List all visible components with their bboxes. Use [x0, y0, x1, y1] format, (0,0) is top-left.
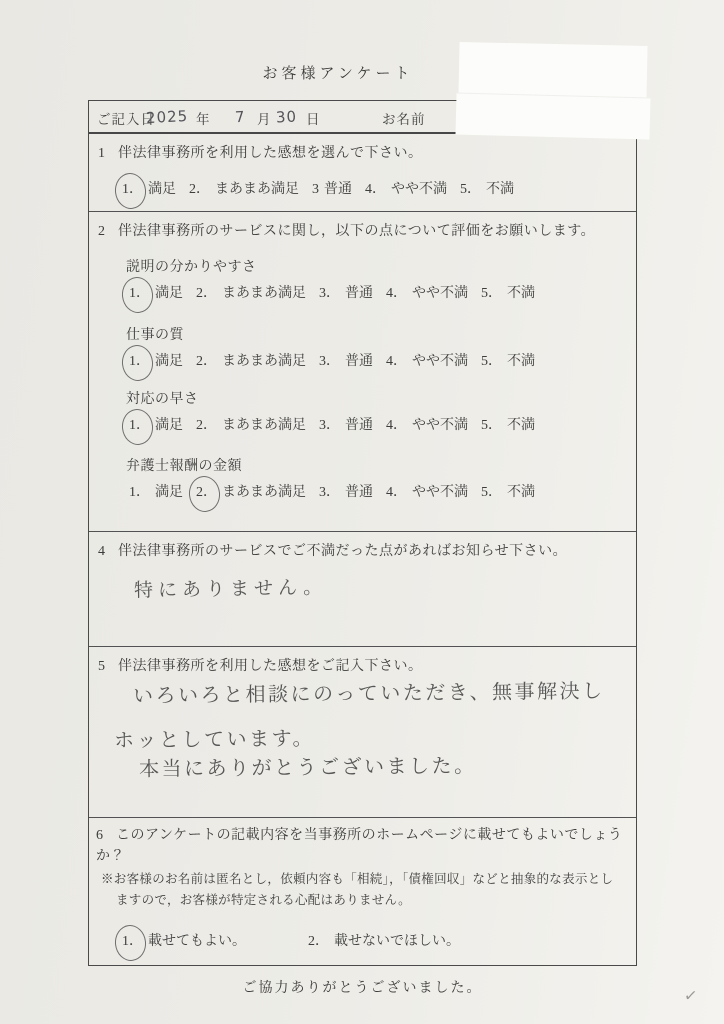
subquestion-options-row: 1．満足2．まあまあ満足3．普通4．やや不満5．不満: [129, 350, 548, 370]
answer-option: 2．載せないでほしい。: [308, 934, 460, 949]
option-label: やや不満: [391, 182, 447, 197]
answer-option: 3．普通: [319, 485, 373, 500]
answer-option: 5．不満: [481, 354, 535, 369]
option-number: 3．: [319, 414, 340, 434]
option-label: 満足: [155, 485, 183, 500]
option-label: まあまあ満足: [215, 182, 299, 197]
option-number: 5．: [481, 282, 502, 302]
question-number: 4: [98, 544, 118, 560]
subquestion-options-row: 1．満足2．まあまあ満足3．普通4．やや不満5．不満: [129, 414, 548, 434]
answer-option: 3．普通: [319, 286, 373, 301]
answer-option: 1．満足: [129, 286, 183, 301]
subquestion-options-row: 1．満足2．まあまあ満足3．普通4．やや不満5．不満: [129, 481, 548, 501]
answer-option: 4．やや不満: [386, 286, 468, 301]
answer-option: 1．満足: [129, 418, 183, 433]
option-number: 1．: [129, 481, 150, 501]
answer-option: 5．不満: [481, 418, 535, 433]
handwritten-month-value: 7: [235, 108, 246, 127]
option-label: 載せてもよい。: [148, 934, 246, 949]
option-label: 満足: [155, 286, 183, 301]
option-label: 普通: [324, 182, 352, 197]
selected-option-circle: 1．: [122, 930, 143, 950]
option-label: 不満: [507, 286, 535, 301]
answer-option: 4．やや不満: [386, 418, 468, 433]
option-label: 普通: [345, 354, 373, 369]
option-label: やや不満: [412, 354, 468, 369]
option-number: 5．: [460, 178, 481, 198]
subquestion-work-quality: 仕事の質 1．満足2．まあまあ満足3．普通4．やや不満5．不満: [126, 324, 548, 370]
question-5-section: 5伴法律事務所を利用した感想をご記入下さい。 いろいろと相談にのっていただき、無…: [89, 646, 636, 817]
question-4-line: 4伴法律事務所のサービスでご不満だった点があればお知らせ下さい。: [98, 540, 567, 560]
option-number: 3．: [319, 481, 340, 501]
option-number: 5．: [481, 481, 502, 501]
anonymity-note-line: ※お客様のお名前は匿名とし，依頼内容も「相続」，「債権回収」などと抽象的な表示と…: [101, 869, 613, 887]
month-unit-label: 月: [257, 108, 272, 128]
answer-option: 5．不満: [481, 286, 535, 301]
answer-option: 5．不満: [481, 485, 535, 500]
anonymity-note-line: ますので，お客様が特定される心配はありません。: [116, 890, 411, 908]
scanned-survey-page: お客様アンケート ご記入日 2025 年 7 月 30 日 お名前 1伴法律事務…: [0, 0, 724, 1024]
question-4-section: 4伴法律事務所のサービスでご不満だった点があればお知らせ下さい。 特にありません…: [89, 531, 636, 646]
subquestion-attorney-fee: 弁護士報酬の金額 1．満足2．まあまあ満足3．普通4．やや不満5．不満: [126, 455, 548, 501]
subquestion-label: 仕事の質: [126, 324, 548, 344]
question-number: 5: [98, 659, 118, 675]
year-unit-label: 年: [196, 108, 211, 128]
handwritten-answer: 特にありません。: [134, 572, 328, 602]
answer-option: 1．満足: [122, 182, 176, 197]
answer-option: 3．普通: [319, 418, 373, 433]
question-1-section: 1伴法律事務所を利用した感想を選んで下さい。 1．満足2．まあまあ満足3普通4．…: [89, 132, 636, 211]
answer-option: 1．載せてもよい。: [122, 934, 246, 949]
question-text: 伴法律事務所のサービスでご不満だった点があればお知らせ下さい。: [118, 544, 567, 559]
option-label: 満足: [155, 418, 183, 433]
selected-option-circle: 2．: [196, 481, 217, 501]
name-label: お名前: [382, 108, 426, 128]
answer-option: 5．不満: [460, 182, 514, 197]
option-number: 3: [312, 182, 319, 198]
question-number: 2: [98, 224, 118, 240]
option-label: 普通: [345, 286, 373, 301]
answer-option: 4．やや不満: [386, 485, 468, 500]
answer-option: 2．まあまあ満足: [189, 182, 299, 197]
question-2-section: 2伴法律事務所のサービスに関し，以下の点について評価をお願いします。 説明の分か…: [89, 211, 636, 531]
option-number: 2．: [196, 350, 217, 370]
option-number: 4．: [365, 178, 386, 198]
option-number: 5．: [481, 414, 502, 434]
question-number: 6: [96, 825, 116, 846]
day-unit-label: 日: [306, 108, 321, 128]
answer-option: 4．やや不満: [386, 354, 468, 369]
answer-option: 2．まあまあ満足: [196, 286, 306, 301]
answer-option: 3普通: [312, 182, 352, 197]
subquestion-options-row: 1．満足2．まあまあ満足3．普通4．やや不満5．不満: [129, 282, 548, 302]
option-label: まあまあ満足: [222, 418, 306, 433]
option-number: 4．: [386, 282, 407, 302]
option-label: 不満: [507, 418, 535, 433]
footer-thanks-text: ご協力ありがとうございました。: [88, 977, 637, 997]
question-text: 伴法律事務所を利用した感想をご記入下さい。: [118, 659, 423, 674]
option-number: 3．: [319, 350, 340, 370]
subquestion-label: 対応の早さ: [126, 388, 548, 408]
redaction-overlay-name: [455, 92, 650, 139]
option-label: 不満: [507, 354, 535, 369]
selected-option-circle: 1．: [122, 178, 143, 198]
option-label: 載せないでほしい。: [334, 934, 460, 949]
option-number: 2．: [308, 930, 329, 950]
selected-option-circle: 1．: [129, 414, 150, 434]
option-number: 3．: [319, 282, 340, 302]
option-label: まあまあ満足: [222, 354, 306, 369]
answer-option: 3．普通: [319, 354, 373, 369]
option-label: まあまあ満足: [222, 485, 306, 500]
option-label: 満足: [155, 354, 183, 369]
option-label: 普通: [345, 485, 373, 500]
survey-form-table: ご記入日 2025 年 7 月 30 日 お名前 1伴法律事務所を利用した感想を…: [88, 100, 637, 966]
subquestion-label: 弁護士報酬の金額: [126, 455, 548, 475]
question-1-line: 1伴法律事務所を利用した感想を選んで下さい。: [98, 142, 423, 162]
option-number: 5．: [481, 350, 502, 370]
handwritten-answer-line: ホッとしています。: [114, 722, 315, 753]
option-number: 2．: [196, 282, 217, 302]
question-6-options-row: 1．載せてもよい。2．載せないでほしい。: [122, 930, 522, 950]
question-6-line: 6このアンケートの記載内容を当事務所のホームページに載せてもよいでしょうか？: [96, 825, 633, 867]
subquestion-label: 説明の分かりやすさ: [126, 256, 548, 276]
option-number: 4．: [386, 350, 407, 370]
option-number: 4．: [386, 481, 407, 501]
selected-option-circle: 1．: [129, 282, 150, 302]
handwritten-day-value: 30: [276, 107, 298, 126]
answer-option: 2．まあまあ満足: [196, 485, 306, 500]
handwritten-answer-line: 本当にありがとうございました。: [139, 749, 477, 782]
question-6-section: 6このアンケートの記載内容を当事務所のホームページに載せてもよいでしょうか？ ※…: [89, 817, 636, 965]
question-text: 伴法律事務所を利用した感想を選んで下さい。: [118, 146, 423, 161]
subquestion-explanation-clarity: 説明の分かりやすさ 1．満足2．まあまあ満足3．普通4．やや不満5．不満: [126, 256, 548, 302]
handwritten-answer-line: いろいろと相談にのっていただき、無事解決し: [133, 675, 605, 709]
handwritten-year-value: 2025: [146, 107, 189, 127]
option-label: 不満: [486, 182, 514, 197]
option-label: 普通: [345, 418, 373, 433]
option-number: 2．: [189, 178, 210, 198]
option-label: やや不満: [412, 286, 468, 301]
question-text: このアンケートの記載内容を当事務所のホームページに載せてもよいでしょうか？: [96, 828, 622, 864]
option-label: やや不満: [412, 418, 468, 433]
option-label: やや不満: [412, 485, 468, 500]
option-label: まあまあ満足: [222, 286, 306, 301]
option-number: 4．: [386, 414, 407, 434]
option-number: 2．: [196, 414, 217, 434]
handwritten-checkmark: ✓: [683, 985, 698, 1005]
question-5-line: 5伴法律事務所を利用した感想をご記入下さい。: [98, 655, 423, 675]
redaction-overlay-top: [458, 42, 647, 99]
answer-option: 1．満足: [129, 354, 183, 369]
answer-option: 4．やや不満: [365, 182, 447, 197]
answer-option: 1．満足: [129, 485, 183, 500]
selected-option-circle: 1．: [129, 350, 150, 370]
option-label: 不満: [507, 485, 535, 500]
option-label: 満足: [148, 182, 176, 197]
question-2-line: 2伴法律事務所のサービスに関し，以下の点について評価をお願いします。: [98, 220, 595, 240]
subquestion-response-speed: 対応の早さ 1．満足2．まあまあ満足3．普通4．やや不満5．不満: [126, 388, 548, 434]
question-1-options-row: 1．満足2．まあまあ満足3普通4．やや不満5．不満: [122, 178, 527, 198]
answer-option: 2．まあまあ満足: [196, 354, 306, 369]
question-number: 1: [98, 146, 118, 162]
question-text: 伴法律事務所のサービスに関し，以下の点について評価をお願いします。: [118, 224, 595, 239]
answer-option: 2．まあまあ満足: [196, 418, 306, 433]
